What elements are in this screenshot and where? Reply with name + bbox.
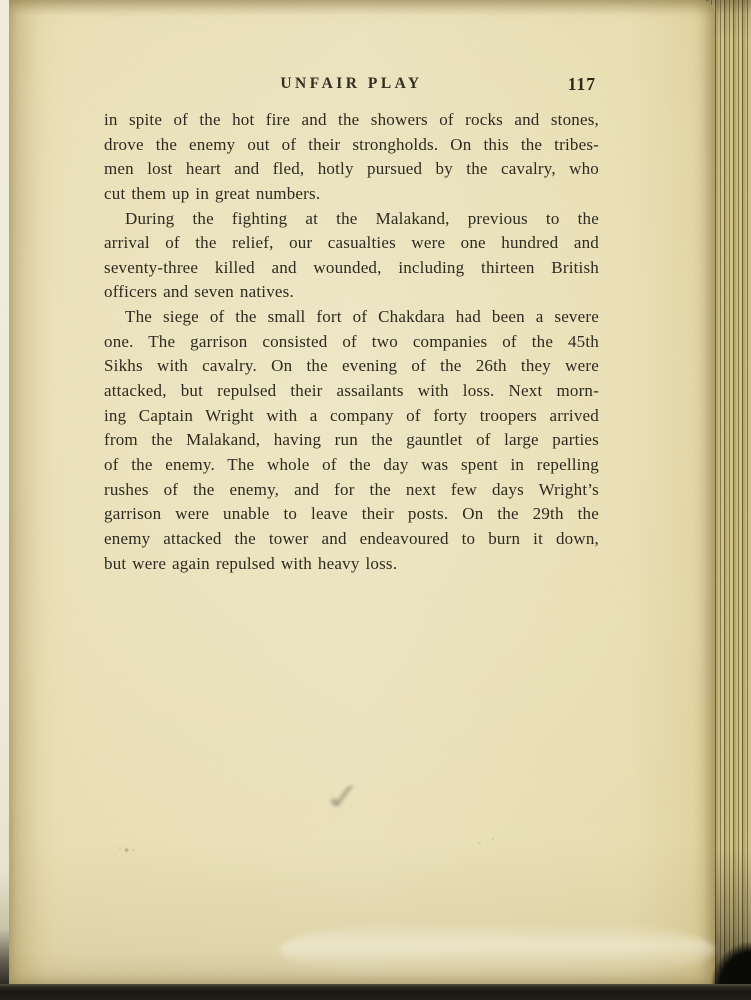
text-line: arrival of the relief, our casualties we… [104,231,599,256]
text-line: cut them up in great numbers. [104,182,599,207]
pencil-mark: · ‵ [478,837,499,849]
text-line: seventy-three killed and wounded, includ… [104,256,599,281]
page-gutter-edge [0,0,9,988]
text-line: men lost heart and fled, hotly pursued b… [104,157,599,182]
checkmark-smudge: ✓ [322,774,364,820]
paragraph: During the fighting at the Malakand, pre… [104,207,599,306]
text-line: garrison were unable to leave their post… [104,502,599,527]
text-line: of the enemy. The whole of the day was s… [104,453,599,478]
cover-corner-shadow [711,942,751,988]
text-line: rushes of the enemy, and for the next fe… [104,478,599,503]
book-scan: UNFAIR PLAY 117 in spite of the hot fire… [0,0,751,1000]
text-line: ing Captain Wright with a company of for… [104,404,599,429]
text-line: but were again repulsed with heavy loss. [104,552,599,577]
paragraph: in spite of the hot fire and the showers… [104,108,599,207]
page-header: UNFAIR PLAY 117 [104,75,599,97]
text-line: Sikhs with cavalry. On the evening of th… [104,354,599,379]
paragraph: The siege of the small fort of Chakdara … [104,305,599,576]
page-number: 117 [568,74,596,95]
text-line: officers and seven natives. [104,280,599,305]
text-line: During the fighting at the Malakand, pre… [104,207,599,232]
text-line: in spite of the hot fire and the showers… [104,108,599,133]
text-line: drove the enemy out of their strongholds… [104,133,599,158]
text-line: attacked, but repulsed their assailants … [104,379,599,404]
text-line: one. The garrison consisted of two compa… [104,330,599,355]
running-head: UNFAIR PLAY [104,75,599,93]
text-line: The siege of the small fort of Chakdara … [104,305,599,330]
text-line: enemy attacked the tower and endeavoured… [104,527,599,552]
book-cover-edge [0,984,751,1000]
page-text: in spite of the hot fire and the showers… [104,108,599,576]
text-line: from the Malakand, having run the gauntl… [104,428,599,453]
